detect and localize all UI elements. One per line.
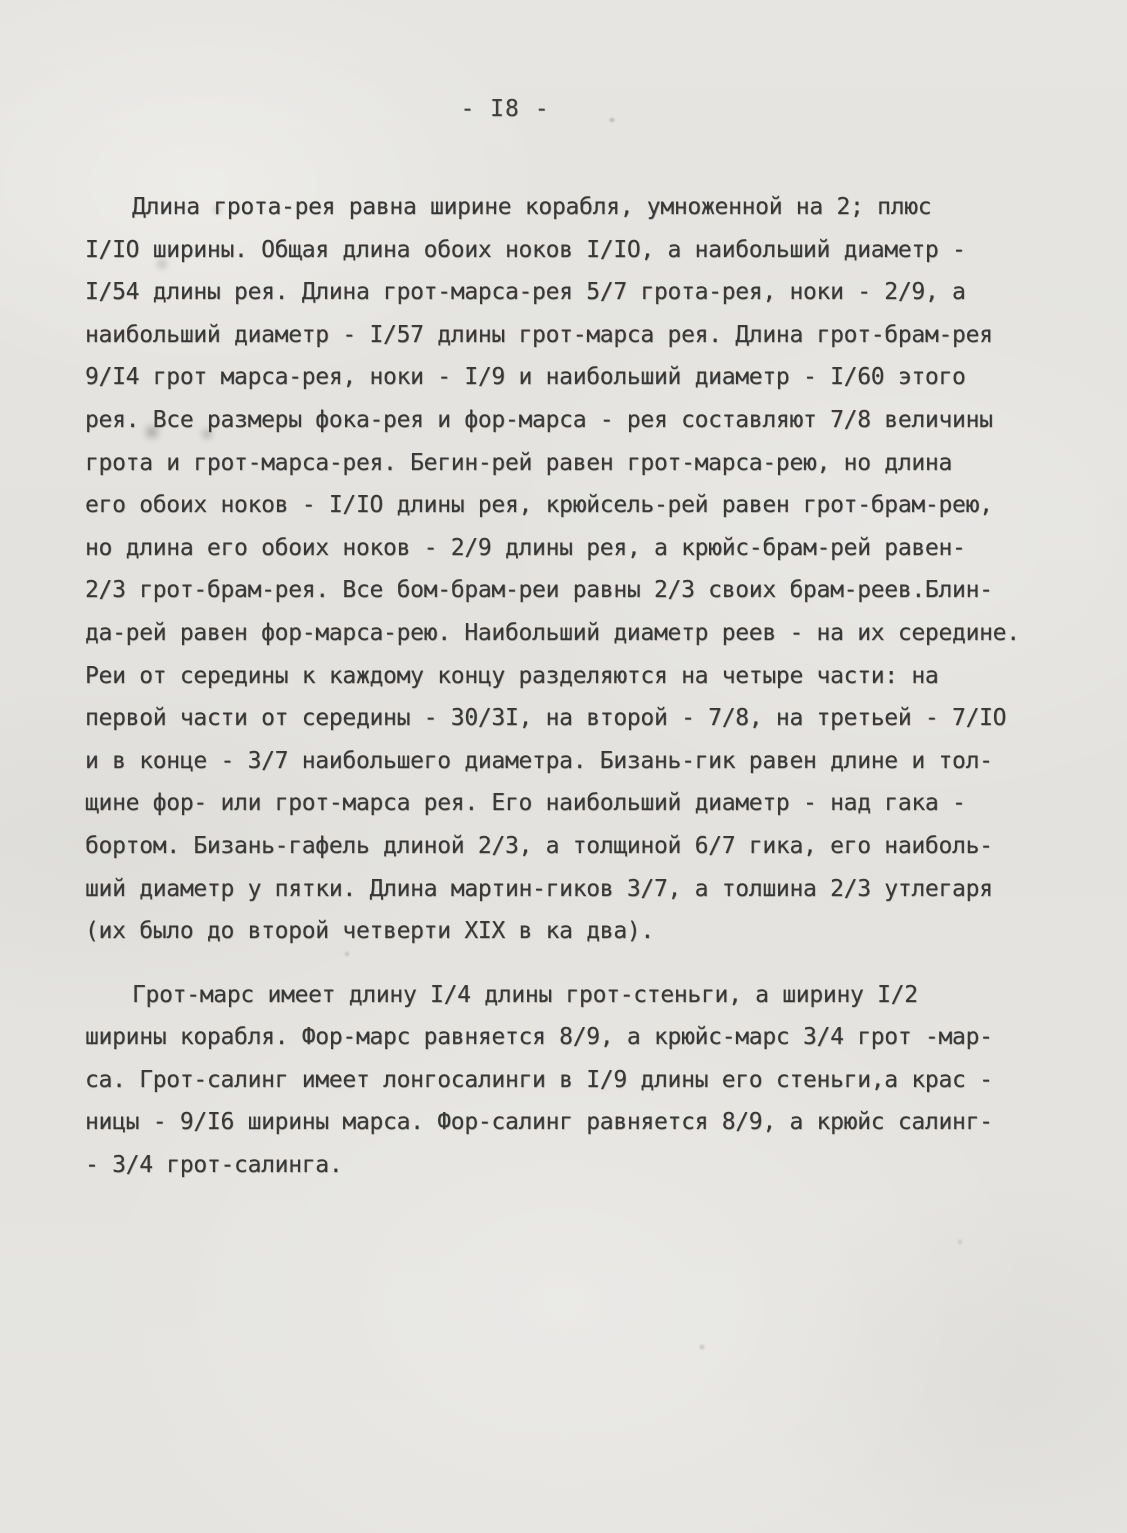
text-line: но длина его обоих ноков - 2/9 длины рея… [85,527,1025,570]
page-number: - I8 - [0,96,1010,122]
text-line: щине фор- или грот-марса рея. Его наибол… [85,782,1025,825]
paragraph-yard-dimensions: Длина грота-рея равна ширине корабля, ум… [85,186,1025,953]
text-line: ширины корабля. Фор-марс равняется 8/9, … [85,1016,1025,1059]
text-line: Грот-марс имеет длину I/4 длины грот-сте… [85,974,1025,1017]
text-line: бортом. Бизань-гафель длиной 2/3, а толщ… [85,825,1025,868]
text-line: - 3/4 грот-салинга. [85,1144,1025,1187]
text-line: 2/3 грот-брам-рея. Все бом-брам-реи равн… [85,569,1025,612]
text-line: и в конце - 3/7 наибольшего диаметра. Би… [85,740,1025,783]
text-line: са. Грот-салинг имеет лонгосалинги в I/9… [85,1059,1025,1102]
text-line: грота и грот-марса-рея. Бегин-рей равен … [85,442,1025,485]
text-line: да-рей равен фор-марса-рею. Наибольший д… [85,612,1025,655]
scanned-document-page: { "colors": { "paper": "#e4e3df", "ink":… [0,0,1127,1533]
text-line: I/IO ширины. Общая длина обоих ноков I/I… [85,229,1025,272]
text-line: 9/I4 грот марса-рея, ноки - I/9 и наибол… [85,356,1025,399]
document-body: Длина грота-рея равна ширине корабля, ум… [85,186,1025,1187]
text-line: ший диаметр у пятки. Длина мартин-гиков … [85,868,1025,911]
text-line: рея. Все размеры фока-рея и фор-марса - … [85,399,1025,442]
text-line: Реи от середины к каждому концу разделяю… [85,655,1025,698]
paragraph-top-dimensions: Грот-марс имеет длину I/4 длины грот-сте… [85,974,1025,1187]
text-line: I/54 длины рея. Длина грот-марса-рея 5/7… [85,271,1025,314]
text-line: его обоих ноков - I/IO длины рея, крюйсе… [85,484,1025,527]
text-line: Длина грота-рея равна ширине корабля, ум… [85,186,1025,229]
text-line: (их было до второй четверти XIX в ка два… [85,910,1025,953]
text-line: наибольший диаметр - I/57 длины грот-мар… [85,314,1025,357]
scan-specks [0,0,4,4]
text-line: ницы - 9/I6 ширины марса. Фор-салинг рав… [85,1101,1025,1144]
text-line: первой части от середины - 30/3I, на вто… [85,697,1025,740]
